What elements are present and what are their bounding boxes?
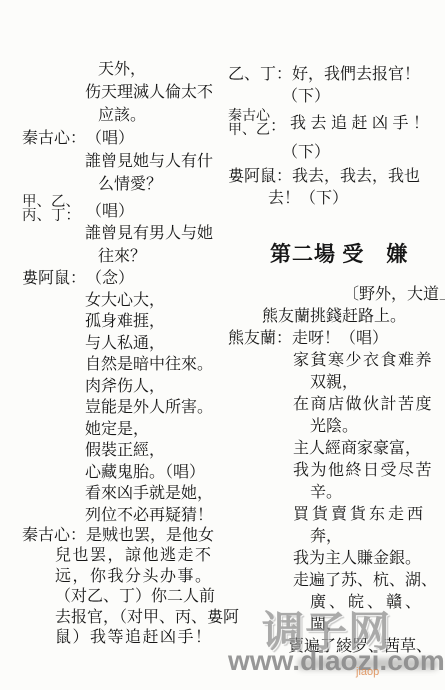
- stage-direction: 〔野外，大道上。: [228, 284, 445, 306]
- speaker-label: 乙、丁：: [228, 64, 292, 86]
- lyric-line: 走遍了苏、杭、湖、: [228, 570, 445, 592]
- dialogue-line: （对乙、丁）你二人前: [22, 587, 224, 607]
- dialogue-text: 我去追赶凶手！: [290, 113, 434, 135]
- lyric-line: 豈能是外人所害。: [22, 397, 224, 419]
- lyric-line: 我为主人賺金銀。: [228, 548, 445, 570]
- dialogue-line: 乙、丁： 好，我們去报官！: [228, 64, 445, 86]
- lyric-line: 我为他終日受尽苦: [228, 460, 445, 482]
- lyric-line: 天外，: [22, 58, 224, 81]
- speaker-label: 秦古心 甲、乙: [228, 110, 270, 138]
- scene-heading: 第二場 受 嫌: [228, 240, 445, 268]
- lyric-line: 心藏鬼胎。（唱）: [22, 462, 224, 484]
- exit-direction: （下）: [228, 86, 445, 108]
- lyric-line: 么情愛？: [22, 173, 224, 196]
- left-column: 天外， 伤天理滅人倫太不 应該。 秦古心： （唱） 誰曾見她与人有什 么情愛？ …: [22, 58, 224, 648]
- lyric-line: 誰曾見她与人有什: [22, 150, 224, 173]
- lyric-line: 看來凶手就是她，: [22, 483, 224, 505]
- speaker-label-bottom: 丙、丁：: [22, 209, 86, 223]
- lyric-line: 自然是暗中往來。: [22, 354, 224, 376]
- lyric-line: 肉斧伤人，: [22, 376, 224, 398]
- dialogue-line: 兒也罢，諒他逃走不: [22, 546, 224, 566]
- speaker-label: 秦古心：: [22, 526, 86, 546]
- speaker-colon: ：: [270, 113, 286, 136]
- lyric-line: 光陰。: [228, 416, 445, 438]
- right-column: 乙、丁： 好，我們去报官！ （下） 秦古心 甲、乙 ： 我去追赶凶手！ （下） …: [228, 64, 445, 658]
- dialogue-text: 是贼也罢，是他女: [86, 526, 214, 546]
- lyric-line: 与人私通，: [22, 333, 224, 355]
- dialogue-line: 熊友蘭： 走呀！（唱）: [228, 328, 445, 350]
- lyric-line: 伤天理滅人倫太不: [22, 81, 224, 104]
- dialogue-text: 好，我們去报官！: [292, 64, 420, 86]
- lyric-line: 女大心大，: [22, 290, 224, 312]
- lyric-line: 假裝正經，: [22, 440, 224, 462]
- speaker-label-top: 秦古心: [228, 110, 270, 124]
- dialogue-line: 去报官，（对甲、丙、婁阿: [22, 608, 224, 628]
- lyric-line: 孤身难捱，: [22, 311, 224, 333]
- lyric-line: 她定是，: [22, 419, 224, 441]
- dialogue-line: 鼠）我等追赶凶手！: [22, 628, 224, 648]
- cue-text: （唱）: [86, 198, 134, 221]
- cue-text: （念）: [86, 268, 134, 290]
- dialogue-line: 秦古心： （唱）: [22, 127, 224, 150]
- dialogue-line: 婁阿鼠： （念）: [22, 268, 224, 290]
- scene-number: 第二場: [270, 242, 336, 266]
- lyric-line: 買貨賣貨东走西: [228, 504, 445, 526]
- lyric-line: 应該。: [22, 104, 224, 127]
- lyric-line: 奔，: [228, 526, 445, 548]
- dialogue-text: 我去，我去，我也: [292, 166, 420, 188]
- dialogue-line: 去！（下）: [228, 188, 445, 210]
- lyric-line: 誰曾見有男人与她: [22, 222, 224, 245]
- lyric-line: 往來？: [22, 245, 224, 268]
- dialogue-line-group-speakers: 秦古心 甲、乙 ： 我去追赶凶手！: [228, 108, 445, 140]
- scene-title: 受 嫌: [342, 242, 408, 266]
- script-page: 天外， 伤天理滅人倫太不 应該。 秦古心： （唱） 誰曾見她与人有什 么情愛？ …: [0, 0, 445, 690]
- lyric-line: 家貧寒少衣食难养: [228, 350, 445, 372]
- speaker-label: 熊友蘭：: [228, 328, 292, 350]
- watermark-fragment: jiaop: [356, 666, 379, 678]
- lyric-line: 在商店做伙計苦度: [228, 394, 445, 416]
- cue-text: （唱）: [86, 127, 134, 150]
- speaker-label: 甲、乙、 丙、丁：: [22, 195, 86, 223]
- speaker-label-bottom: 甲、乙: [228, 124, 270, 138]
- speaker-label-top: 甲、乙、: [22, 195, 86, 209]
- dialogue-line-group-speakers: 甲、乙、 丙、丁： （唱）: [22, 196, 224, 222]
- speaker-label: 秦古心：: [22, 127, 86, 150]
- lyric-line: 双親，: [228, 372, 445, 394]
- dialogue-line: 秦古心： 是贼也罢，是他女: [22, 526, 224, 546]
- stage-direction: 熊友蘭挑錢赶路上。: [228, 306, 445, 328]
- exit-direction: （下）: [228, 142, 445, 164]
- speaker-label: 婁阿鼠：: [228, 166, 292, 188]
- dialogue-line: 婁阿鼠： 我去，我去，我也: [228, 166, 445, 188]
- lyric-line: 主人經商家豪富，: [228, 438, 445, 460]
- speaker-label: 婁阿鼠：: [22, 268, 86, 290]
- cue-text: 走呀！（唱）: [292, 328, 388, 350]
- lyric-line: 列位不必再疑猜！: [22, 505, 224, 527]
- lyric-line: 辛。: [228, 482, 445, 504]
- watermark-site-url: www.diaozi.com: [228, 645, 445, 677]
- dialogue-line: 远，你我分头办事。: [22, 567, 224, 587]
